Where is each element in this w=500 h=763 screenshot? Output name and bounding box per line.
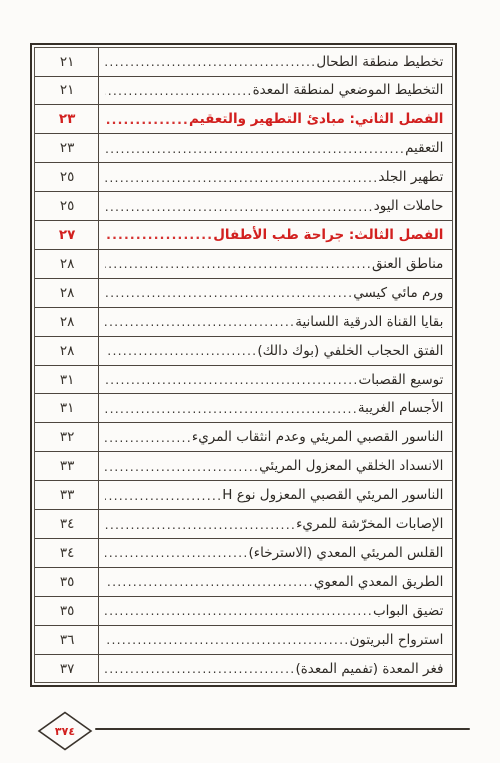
toc-title-cell: الفصل الثاني: مبادئ التطهير والتعقيم ...… (99, 105, 453, 133)
toc-title-cell: الفصل الثالث: جراحة طب الأطفال .........… (99, 221, 453, 249)
toc-page-number: ٣٣ (35, 452, 99, 480)
toc-row: ٢٣ الفصل الثاني: مبادئ التطهير والتعقيم … (35, 104, 453, 133)
leader-dots: ........................................… (105, 574, 314, 589)
leader-dots: ........................................… (105, 401, 358, 416)
toc-entry-title: تطهير الجلد (378, 169, 443, 185)
toc-title-cell: التخطيط الموضعي لمنطقة المعدة ..........… (99, 77, 453, 105)
toc-title-cell: الفتق الحجاب الخلفي (بوك دالك) .........… (99, 337, 453, 365)
toc-page-number: ٣٣ (35, 481, 99, 509)
leader-dots: ........................................… (105, 632, 350, 647)
toc-row: ٢٣ التعقيم .............................… (35, 133, 453, 162)
toc-row: ٢٧ الفصل الثالث: جراحة طب الأطفال ......… (35, 220, 453, 249)
toc-entry-title: ورم مائي كيسي (353, 285, 443, 301)
toc-title-cell: تطهير الجلد ............................… (99, 163, 453, 191)
toc-page-number: ٢٧ (35, 221, 99, 249)
toc-title-cell: مناطق العنق ............................… (99, 250, 453, 278)
leader-dots: ........................................… (105, 112, 189, 127)
toc-entry-title: الفتق الحجاب الخلفي (بوك دالك) (257, 343, 443, 359)
footer-page-number: ٣٧٤ (37, 711, 93, 751)
leader-dots: ........................................… (105, 285, 354, 300)
toc-page-number: ٢٣ (35, 105, 99, 133)
toc-page-number: ٢٨ (35, 279, 99, 307)
toc-row: ٣٥ تضيق البواب .........................… (35, 596, 453, 625)
toc-entry-title: الانسداد الخلقي المعزول المريئي (259, 458, 443, 474)
leader-dots: ........................................… (105, 517, 296, 532)
toc-entry-title: الإصابات المخرّشة للمريء (296, 516, 443, 532)
toc-row: ٢٨ بقايا القناة الدرقية اللسانية .......… (35, 307, 453, 336)
toc-entry-title: حاملات اليود (374, 198, 444, 214)
page-footer: ٣٧٤ (0, 703, 500, 763)
toc-title-cell: الإصابات المخرّشة للمريء ...............… (99, 510, 453, 538)
toc-entry-title: الفصل الثالث: جراحة طب الأطفال (213, 227, 443, 243)
toc-page-number: ٢٥ (35, 163, 99, 191)
toc-page-number: ٣٤ (35, 539, 99, 567)
toc-row: ٢١ التخطيط الموضعي لمنطقة المعدة .......… (35, 76, 453, 105)
toc-title-cell: الطريق المعدي المعوي ...................… (99, 568, 453, 596)
toc-title-cell: بقايا القناة الدرقية اللسانية ..........… (99, 308, 453, 336)
toc-title-cell: حاملات اليود ...........................… (99, 192, 453, 220)
toc-entry-title: توسيع القصبات (359, 372, 444, 388)
toc-entry-title: تخطيط منطقة الطحال (316, 54, 443, 70)
toc-page-number: ٢٨ (35, 250, 99, 278)
leader-dots: ........................................… (105, 459, 260, 474)
leader-dots: ........................................… (105, 256, 372, 271)
leader-dots: ........................................… (105, 603, 373, 618)
toc-title-cell: تضيق البواب ............................… (99, 597, 453, 625)
toc-page-number: ٢٥ (35, 192, 99, 220)
footer-rule-line (95, 728, 470, 730)
toc-entry-title: التعقيم (405, 140, 443, 156)
toc-page-number: ٣٤ (35, 510, 99, 538)
toc-page-number: ٢١ (35, 77, 99, 105)
leader-dots: ........................................… (105, 54, 317, 69)
toc-page-number: ٣٥ (35, 568, 99, 596)
toc-title-cell: استرواح البريتون .......................… (99, 626, 453, 654)
toc-row: ٣٣ الناسور المريئي القصبي المعزول نوع H … (35, 480, 453, 509)
toc-entry-title: الناسور المريئي القصبي المعزول نوع H (222, 487, 443, 503)
toc-page-number: ٢٨ (35, 337, 99, 365)
toc-row: ٢١ تخطيط منطقة الطحال ..................… (35, 48, 453, 76)
toc-row: ٢٥ تطهير الجلد .........................… (35, 162, 453, 191)
leader-dots: ........................................… (105, 545, 249, 560)
page-number-diamond: ٣٧٤ (37, 711, 93, 751)
toc-title-cell: توسيع القصبات ..........................… (99, 366, 453, 394)
leader-dots: ........................................… (105, 227, 214, 242)
toc-title-cell: التعقيم ................................… (99, 134, 453, 162)
toc-title-cell: الانسداد الخلقي المعزول المريئي ........… (99, 452, 453, 480)
toc-entry-title: الناسور القصبي المريئي وعدم انثقاب المري… (192, 429, 444, 445)
toc-entry-title: الفصل الثاني: مبادئ التطهير والتعقيم (189, 111, 443, 127)
scanned-book-page: ٢١ تخطيط منطقة الطحال ..................… (0, 0, 500, 763)
toc-page-number: ٣٥ (35, 597, 99, 625)
toc-row: ٣٥ الطريق المعدي المعوي ................… (35, 567, 453, 596)
toc-page-number: ٣٧ (35, 655, 99, 683)
toc-title-cell: الناسور القصبي المريئي وعدم انثقاب المري… (99, 423, 453, 451)
toc-title-cell: الأجسام الغريبة ........................… (99, 394, 453, 422)
toc-entry-title: بقايا القناة الدرقية اللسانية (295, 314, 443, 330)
toc-page-number: ٢٨ (35, 308, 99, 336)
toc-row: ٢٨ مناطق العنق .........................… (35, 249, 453, 278)
toc-page-number: ٣٦ (35, 626, 99, 654)
toc-entry-title: الطريق المعدي المعوي (314, 574, 444, 590)
toc-entry-title: التخطيط الموضعي لمنطقة المعدة (253, 82, 444, 98)
toc-entry-title: الأجسام الغريبة (358, 400, 444, 416)
toc-entry-title: فغر المعدة (تفميم المعدة) (295, 661, 443, 677)
toc-title-cell: فغر المعدة (تفميم المعدة) ..............… (99, 655, 453, 683)
toc-title-cell: القلس المريئي المعدي (الاسترخاء) .......… (99, 539, 453, 567)
toc-table-body: ٢١ تخطيط منطقة الطحال ..................… (34, 47, 454, 684)
toc-row: ٣٧ فغر المعدة (تفميم المعدة) ...........… (35, 654, 453, 683)
toc-row: ٢٨ ورم مائي كيسي .......................… (35, 278, 453, 307)
toc-title-cell: الناسور المريئي القصبي المعزول نوع H ...… (99, 481, 453, 509)
leader-dots: ........................................… (105, 170, 379, 185)
toc-row: ٣١ الأجسام الغريبة .....................… (35, 393, 453, 422)
toc-page-number: ٣١ (35, 394, 99, 422)
toc-entry-title: القلس المريئي المعدي (الاسترخاء) (249, 545, 444, 561)
toc-page-number: ٢٣ (35, 134, 99, 162)
leader-dots: ........................................… (105, 372, 359, 387)
toc-row: ٢٨ الفتق الحجاب الخلفي (بوك دالك) ......… (35, 336, 453, 365)
leader-dots: ........................................… (105, 661, 296, 676)
toc-entry-title: تضيق البواب (373, 603, 443, 619)
toc-page-number: ٢١ (35, 48, 99, 76)
leader-dots: ........................................… (105, 199, 374, 214)
leader-dots: ........................................… (105, 430, 192, 445)
leader-dots: ........................................… (105, 314, 296, 329)
toc-row: ٣١ توسيع القصبات .......................… (35, 365, 453, 394)
toc-page-number: ٣١ (35, 366, 99, 394)
toc-row: ٣٦ استرواح البريتون ....................… (35, 625, 453, 654)
leader-dots: ........................................… (105, 488, 223, 503)
toc-page-number: ٣٢ (35, 423, 99, 451)
toc-title-cell: تخطيط منطقة الطحال .....................… (99, 48, 453, 76)
toc-table: ٢١ تخطيط منطقة الطحال ..................… (30, 43, 457, 687)
toc-entry-title: استرواح البريتون (349, 632, 443, 648)
toc-row: ٢٥ حاملات اليود ........................… (35, 191, 453, 220)
toc-row: ٣٣ الانسداد الخلقي المعزول المريئي .....… (35, 451, 453, 480)
toc-row: ٣٤ الإصابات المخرّشة للمريء ............… (35, 509, 453, 538)
leader-dots: ........................................… (105, 83, 253, 98)
leader-dots: ........................................… (105, 343, 258, 358)
toc-row: ٣٢ الناسور القصبي المريئي وعدم انثقاب ال… (35, 422, 453, 451)
toc-row: ٣٤ القلس المريئي المعدي (الاسترخاء) ....… (35, 538, 453, 567)
toc-entry-title: مناطق العنق (372, 256, 443, 272)
leader-dots: ........................................… (105, 141, 405, 156)
toc-title-cell: ورم مائي كيسي ..........................… (99, 279, 453, 307)
